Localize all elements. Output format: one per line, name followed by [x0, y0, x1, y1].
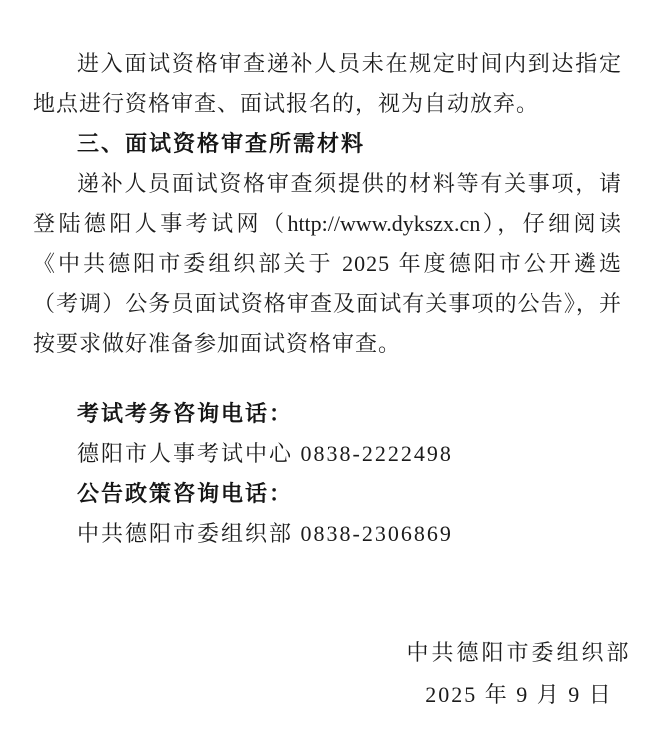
policy-consult-phone-value: 中共德阳市委组织部 0838-2306869 [33, 514, 622, 554]
signature-organization: 中共德阳市委组织部 [379, 632, 659, 674]
contact-section: 考试考务咨询电话： 德阳市人事考试中心 0838-2222498 公告政策咨询电… [33, 394, 622, 554]
document-page: 进入面试资格审查递补人员未在规定时间内到达指定地点进行资格审查、面试报名的，视为… [0, 0, 668, 739]
paragraph-materials: 递补人员面试资格审查须提供的材料等有关事项，请登陆德阳人事考试网（http://… [33, 164, 622, 364]
signature-block: 中共德阳市委组织部 2025 年 9 月 9 日 [379, 632, 659, 716]
paragraph-deadline-notice: 进入面试资格审查递补人员未在规定时间内到达指定地点进行资格审查、面试报名的，视为… [33, 44, 622, 124]
exam-affairs-phone-label: 考试考务咨询电话： [33, 394, 622, 434]
exam-affairs-phone-value: 德阳市人事考试中心 0838-2222498 [33, 434, 622, 474]
website-url: http://www.dykszx.cn [287, 211, 480, 236]
signature-date: 2025 年 9 月 9 日 [379, 674, 659, 716]
section-heading-required-materials: 三、面试资格审查所需材料 [33, 124, 622, 164]
policy-consult-phone-label: 公告政策咨询电话： [33, 474, 622, 514]
